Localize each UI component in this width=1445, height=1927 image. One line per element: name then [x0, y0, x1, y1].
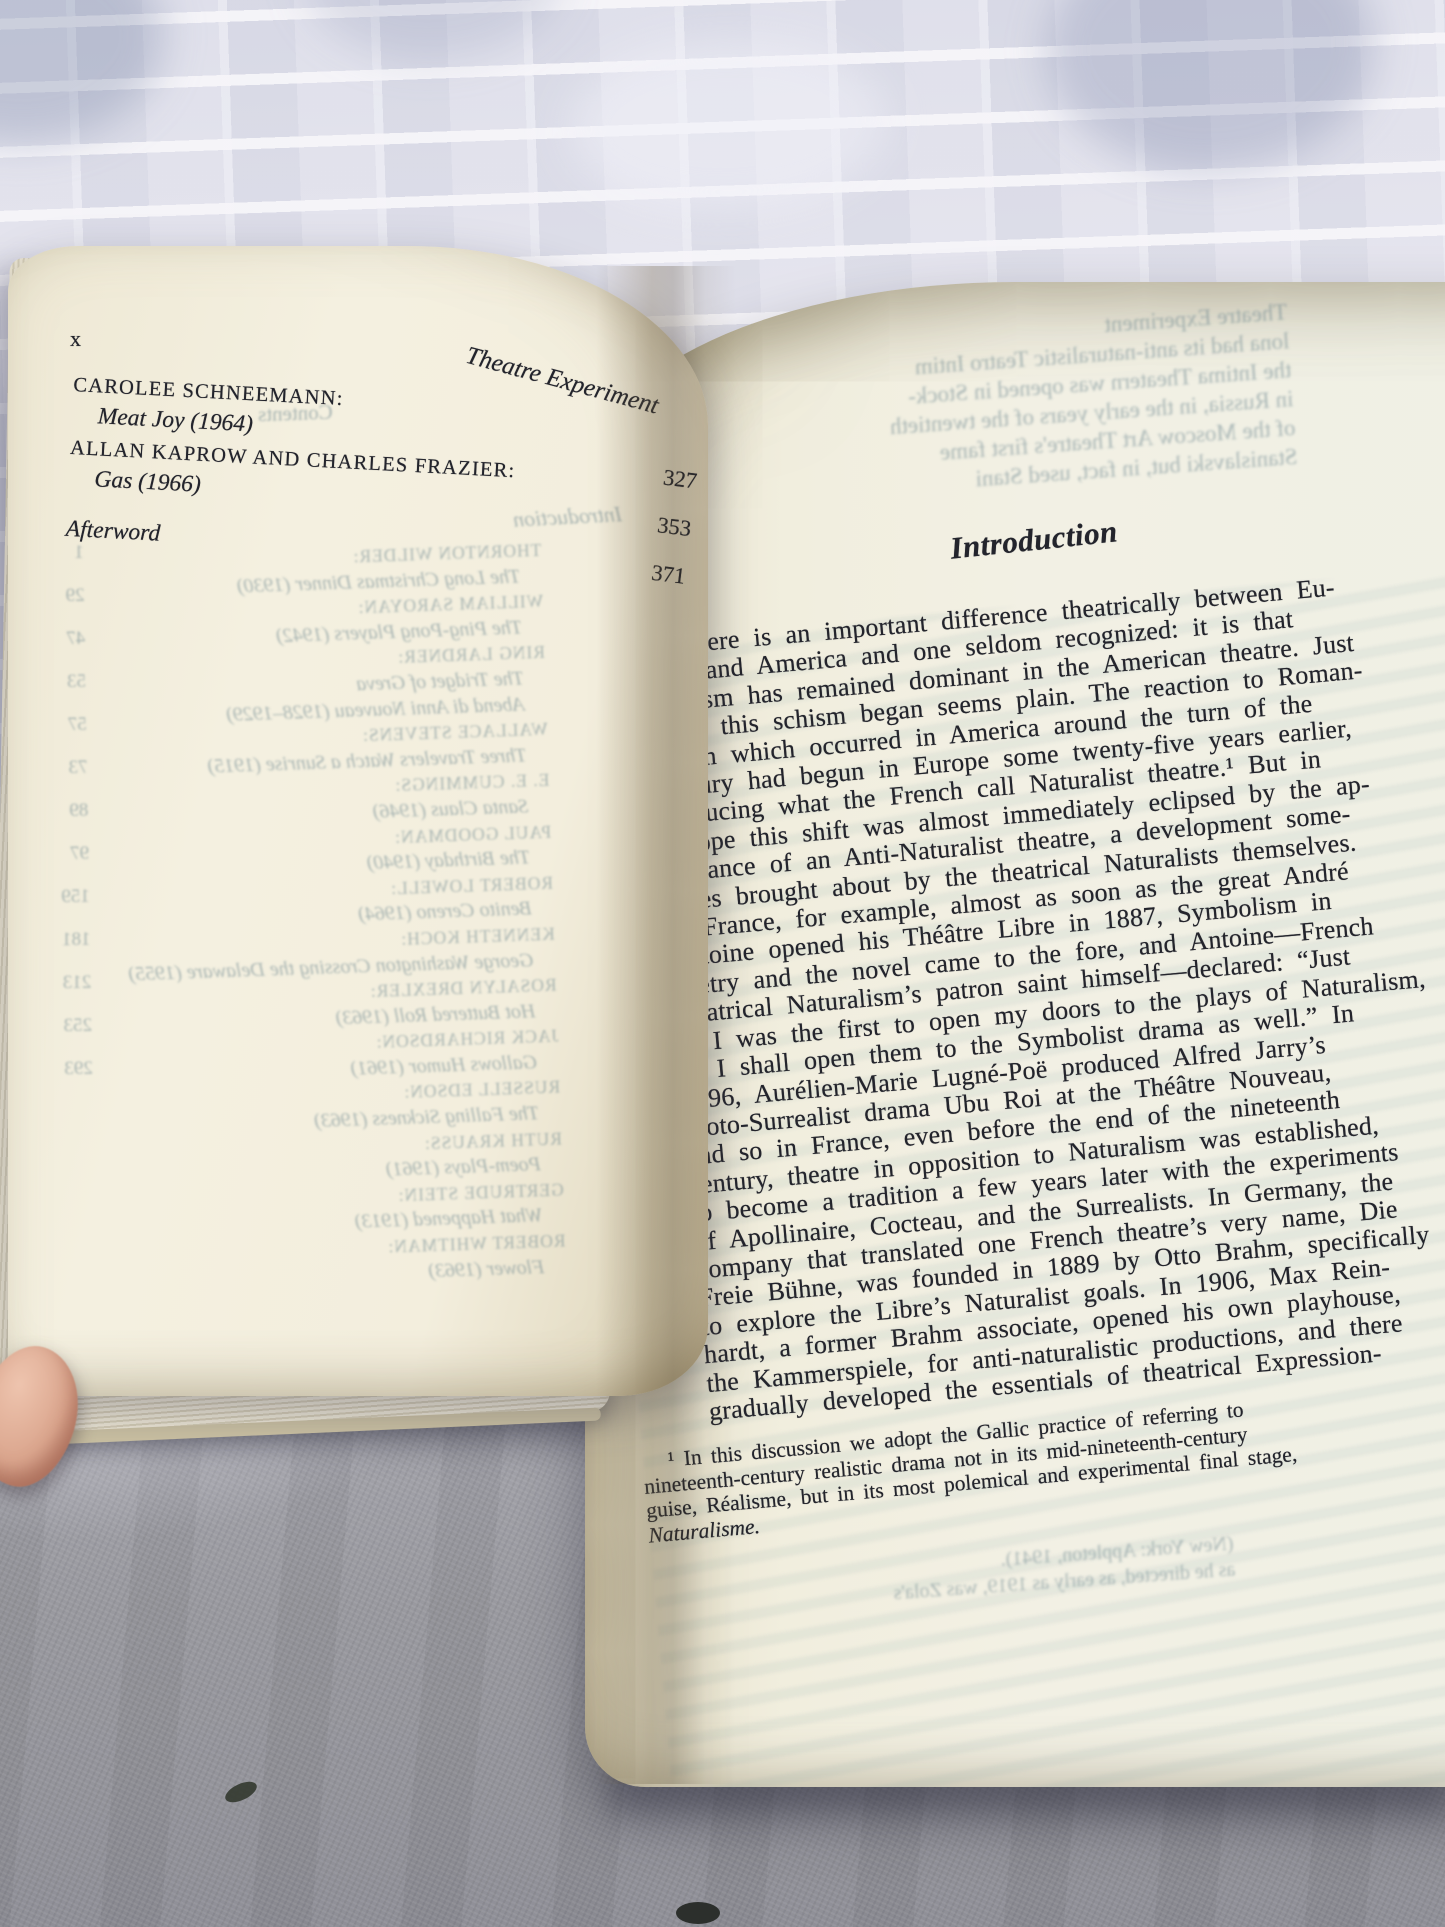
gutter-shadow — [596, 266, 736, 1784]
wall-shade-patch — [0, 0, 169, 149]
wall-light-patch — [566, 34, 892, 215]
contents-entries: CAROLEE SCHNEEMANN: Meat Joy (1964) ALLA… — [65, 374, 519, 566]
wall-shade-patch — [1042, 0, 1381, 178]
showthrough-text: Theatre Experimentlona had its anti-natu… — [688, 297, 1299, 512]
fabric-speck — [676, 1902, 720, 1924]
page-number: x — [70, 326, 81, 352]
wall-shade-patch — [300, 0, 566, 64]
chapter-heading: Introduction — [949, 513, 1120, 566]
body-text: There is an important difference theatri… — [641, 547, 1445, 1427]
book-photo: Theatre Experimentlona had its anti-natu… — [0, 0, 1445, 1927]
showthrough-contents-list: THORNTON WILDER:The Long Christmas Dinne… — [61, 538, 567, 1297]
